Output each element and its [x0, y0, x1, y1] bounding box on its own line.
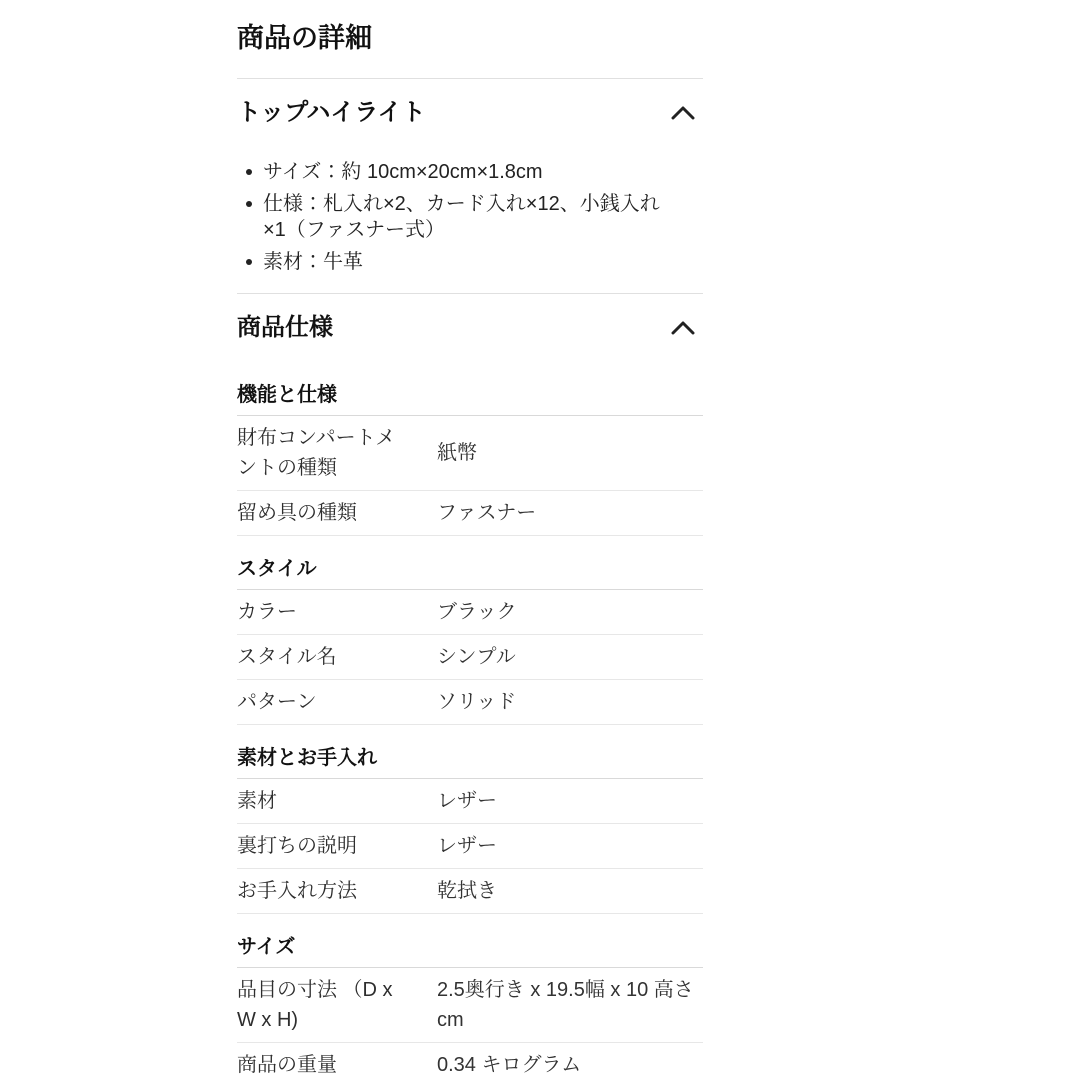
spec-group-heading: サイズ — [237, 935, 703, 968]
spec-group-heading: 素材とお手入れ — [237, 746, 703, 779]
product-specs-title: 商品仕様 — [237, 313, 333, 343]
spec-value: 紙幣 — [437, 438, 703, 468]
spec-label: お手入れ方法 — [237, 876, 412, 906]
chevron-up-icon[interactable] — [671, 321, 695, 335]
product-details-panel: 商品の詳細 トップハイライト サイズ：約 10cm×20cm×1.8cm 仕様：… — [0, 0, 1080, 1080]
highlight-item: サイズ：約 10cm×20cm×1.8cm — [237, 159, 661, 185]
highlights-list: サイズ：約 10cm×20cm×1.8cm 仕様：札入れ×2、カード入れ×12、… — [237, 159, 661, 293]
spec-value: シンプル — [437, 642, 703, 672]
spec-label: 素材 — [237, 786, 412, 816]
spec-label: 品目の寸法 （D x W x H) — [237, 975, 412, 1035]
spec-group-heading: スタイル — [237, 557, 703, 590]
spec-value: レザー — [437, 831, 703, 861]
spec-label: 裏打ちの説明 — [237, 831, 412, 861]
spec-value: 乾拭き — [437, 876, 703, 906]
table-row: スタイル名 シンプル — [237, 635, 703, 680]
spec-value: ファスナー — [437, 498, 703, 528]
table-row: 留め具の種類 ファスナー — [237, 491, 703, 536]
top-highlights-title: トップハイライト — [237, 98, 426, 128]
spec-label: カラー — [237, 597, 412, 627]
top-highlights-header[interactable]: トップハイライト — [237, 79, 703, 147]
table-row: カラー ブラック — [237, 590, 703, 635]
spec-label: パターン — [237, 687, 412, 717]
spec-value: ソリッド — [437, 687, 703, 717]
table-row: パターン ソリッド — [237, 680, 703, 725]
product-details-content: 商品の詳細 トップハイライト サイズ：約 10cm×20cm×1.8cm 仕様：… — [237, 0, 703, 1080]
product-specs-header[interactable]: 商品仕様 — [237, 294, 703, 362]
highlight-item: 仕様：札入れ×2、カード入れ×12、小銭入れ×1（ファスナー式） — [237, 191, 661, 243]
table-row: 財布コンパートメントの種類 紙幣 — [237, 416, 703, 491]
spec-value: 2.5奥行き x 19.5幅 x 10 高さ cm — [437, 975, 703, 1035]
table-row: 商品の重量 0.34 キログラム — [237, 1043, 703, 1080]
table-row: 品目の寸法 （D x W x H) 2.5奥行き x 19.5幅 x 10 高さ… — [237, 968, 703, 1043]
spec-label: 財布コンパートメントの種類 — [237, 423, 412, 483]
page-title: 商品の詳細 — [237, 0, 703, 54]
spec-value: レザー — [437, 786, 703, 816]
spec-value: 0.34 キログラム — [437, 1050, 703, 1080]
table-row: お手入れ方法 乾拭き — [237, 869, 703, 914]
spec-label: 商品の重量 — [237, 1050, 412, 1080]
highlight-item: 素材：牛革 — [237, 249, 661, 275]
table-row: 素材 レザー — [237, 779, 703, 824]
spec-label: スタイル名 — [237, 642, 412, 672]
table-row: 裏打ちの説明 レザー — [237, 824, 703, 869]
chevron-up-icon[interactable] — [671, 106, 695, 120]
spec-group-heading: 機能と仕様 — [237, 383, 703, 416]
spec-label: 留め具の種類 — [237, 498, 412, 528]
spec-value: ブラック — [437, 597, 703, 627]
